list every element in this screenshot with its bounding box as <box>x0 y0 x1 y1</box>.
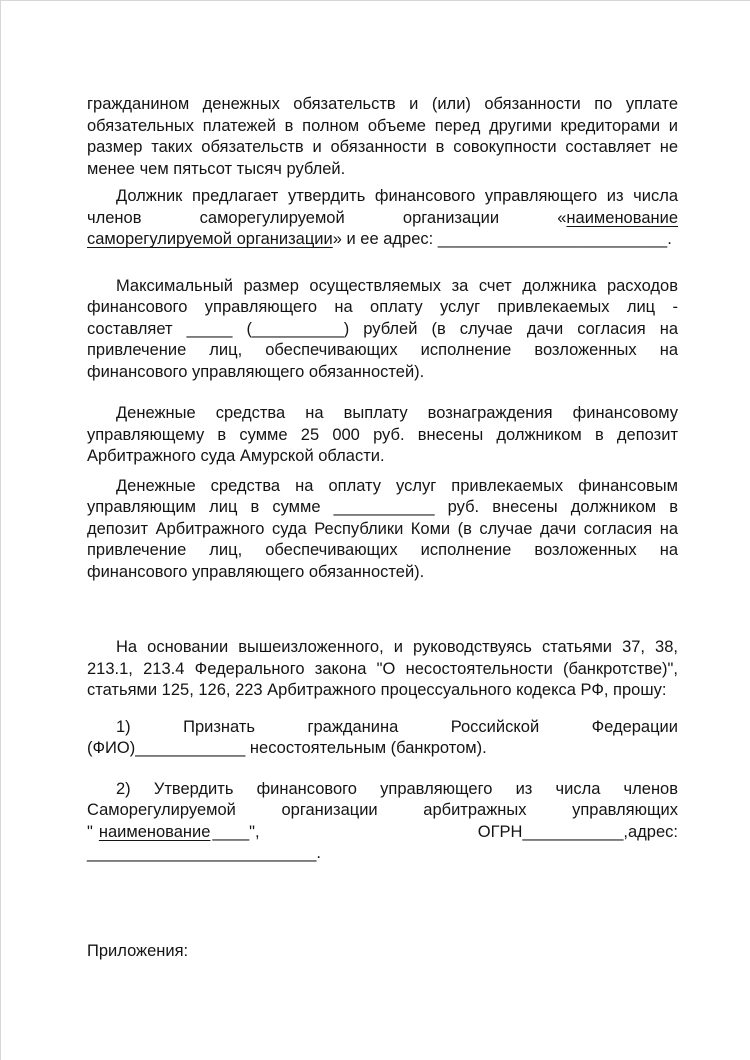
paragraph-deposit-remuneration: Денежные средства на выплату вознагражде… <box>87 403 678 468</box>
paragraph-sro-proposal: Должник предлагает утвердить финансового… <box>87 186 678 251</box>
appendix-heading: Приложения: <box>87 941 678 963</box>
paragraph-deposit-services: Денежные средства на оплату услуг привле… <box>87 476 678 584</box>
paragraph-max-expenses: Максимальный размер осуществляемых за сч… <box>87 276 678 384</box>
paragraph-legal-basis: На основании вышеизложенного, и руководс… <box>87 637 678 702</box>
document-page: гражданином денежных обязательств и (или… <box>0 0 750 1060</box>
petition-item-1: 1) Признать гражданина Российской Федера… <box>87 717 678 760</box>
paragraph-debt-threshold: гражданином денежных обязательств и (или… <box>87 94 678 180</box>
petition-item-2: 2) Утвердить финансового управляющего из… <box>87 779 678 865</box>
